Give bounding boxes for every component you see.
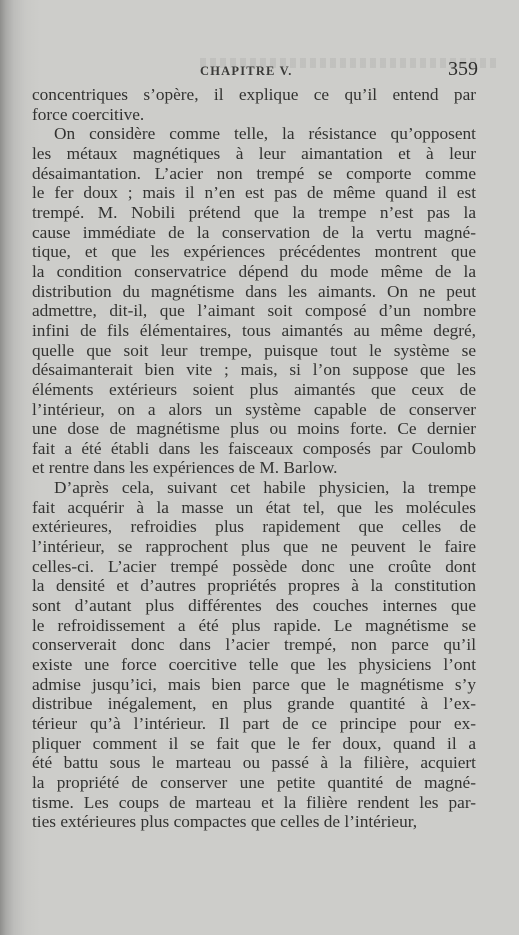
text-line: ties extérieures plus compactes que cell… (32, 812, 476, 832)
text-line: la propriété de conserver une petite qua… (32, 773, 476, 793)
text-line: conserverait donc dans l’acier trempé, n… (32, 635, 476, 655)
text-line: cause immédiate de la conservation de la… (32, 223, 476, 243)
text-line: désaimantation. L’acier non trempé se co… (32, 164, 476, 184)
text-line: térieur qu’à l’intérieur. Il part de ce … (32, 714, 476, 734)
text-line: l’intérieur, on a alors un système capab… (32, 400, 476, 420)
text-line: tisme. Les coups de marteau et la filièr… (32, 793, 476, 813)
text-line: fait a été établi dans les faisceaux com… (32, 439, 476, 459)
paragraph: On considère comme telle, la résistance … (32, 124, 476, 478)
text-line: distribution du magnétisme dans les aima… (32, 282, 476, 302)
text-line: éléments extérieurs soient plus aimantés… (32, 380, 476, 400)
text-line: trempé. M. Nobili prétend que la trempe … (32, 203, 476, 223)
page-header: CHAPITRE V. 359 (30, 60, 475, 84)
text-line: la condition conservatrice dépend du mod… (32, 262, 476, 282)
text-line: tique, et que les expériences précédente… (32, 242, 476, 262)
text-line: pliquer comment il se fait que le fer do… (32, 734, 476, 754)
text-line: fait acquérir à la masse un état tel, qu… (32, 498, 476, 518)
text-line: et rentre dans les expériences de M. Bar… (32, 458, 476, 478)
text-line: infini de fils élémentaires, tous aimant… (32, 321, 476, 341)
text-line: celles-ci. L’acier trempé possède donc u… (32, 557, 476, 577)
text-line: existe une force coercitive telle que le… (32, 655, 476, 675)
text-line: concentriques s’opère, il explique ce qu… (32, 85, 476, 105)
text-line: admettre, dit-il, que l’aimant soit comp… (32, 301, 476, 321)
text-line: été battu sous le marteau ou passé à la … (32, 753, 476, 773)
text-line: désaimanterait bien vite ; mais, si l’on… (32, 360, 476, 380)
text-line: admise jusqu’ici, mais bien parce que le… (32, 675, 476, 695)
text-line: distribue inégalement, en plus grande qu… (32, 694, 476, 714)
text-line: On considère comme telle, la résistance … (32, 124, 476, 144)
text-line: la densité et d’autres propriétés propre… (32, 576, 476, 596)
paragraph: D’après cela, suivant cet habile physici… (32, 478, 476, 832)
running-head: CHAPITRE V. (200, 64, 293, 79)
text-line: l’intérieur, se rapprochent plus que ne … (32, 537, 476, 557)
page-number: 359 (448, 58, 478, 81)
text-line: force coercitive. (32, 105, 476, 125)
book-page: CHAPITRE V. 359 concentriques s’opère, i… (0, 0, 519, 935)
text-line: le fer doux ; mais il n’en est pas de mê… (32, 183, 476, 203)
text-line: extérieures, refroidies plus rapidement … (32, 517, 476, 537)
paragraph: concentriques s’opère, il explique ce qu… (32, 85, 476, 124)
body-text: concentriques s’opère, il explique ce qu… (32, 85, 476, 832)
text-line: le refroidissement a été plus rapide. Le… (32, 616, 476, 636)
text-line: D’après cela, suivant cet habile physici… (32, 478, 476, 498)
text-line: les métaux magnétiques à leur aimantatio… (32, 144, 476, 164)
text-line: une dose de magnétisme plus ou moins for… (32, 419, 476, 439)
text-line: quelle que soit leur trempe, puisque tou… (32, 341, 476, 361)
text-line: sont d’autant plus différentes des couch… (32, 596, 476, 616)
